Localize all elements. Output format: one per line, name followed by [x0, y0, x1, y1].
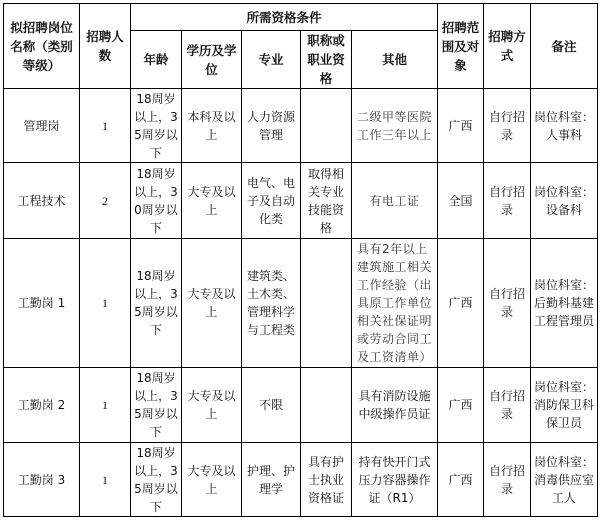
cell-position: 工程技术 — [4, 163, 80, 239]
cell-method: 自行招录 — [484, 163, 531, 239]
header-other: 其他 — [352, 31, 438, 89]
header-method: 招聘方式 — [484, 4, 531, 89]
header-qualifications: 所需资格条件 — [131, 4, 438, 31]
cell-major: 建筑类、土木类、管理科学与工程类 — [242, 239, 301, 368]
cell-title-cert — [301, 89, 352, 163]
cell-method: 自行招录 — [484, 368, 531, 443]
cell-age: 18周岁以上，35周岁以下 — [131, 239, 182, 368]
cell-remarks: 岗位科室：消防保卫科保卫员 — [531, 368, 598, 443]
cell-other: 具有消防设施中级操作员证 — [352, 368, 438, 443]
cell-other: 具有2年以上建筑施工相关工作经验（出具原工作单位相关社保证明或劳动合同工及工资清… — [352, 239, 438, 368]
header-remarks: 备注 — [531, 4, 598, 89]
table-row: 工勤岗 1 1 18周岁以上，35周岁以下 大专及以上 建筑类、土木类、管理科学… — [4, 239, 598, 368]
cell-remarks: 岗位科室：后勤科基建工程管理员 — [531, 239, 598, 368]
cell-other: 持有快开门式压力容器操作证（R1） — [352, 443, 438, 517]
cell-education: 大专及以上 — [182, 368, 242, 443]
header-age: 年龄 — [131, 31, 182, 89]
cell-age: 18周岁以上，35周岁以下 — [131, 443, 182, 517]
cell-position: 管理岗 — [4, 89, 80, 163]
table-row: 工勤岗 2 1 18周岁以上，35周岁以下 大专及以上 不限 具有消防设施中级操… — [4, 368, 598, 443]
cell-other: 有电工证 — [352, 163, 438, 239]
header-count: 招聘人数 — [80, 4, 131, 89]
cell-count: 1 — [80, 368, 131, 443]
header-title-cert: 职称或职业资格 — [301, 31, 352, 89]
cell-scope: 广西 — [438, 368, 484, 443]
header-education: 学历及学位 — [182, 31, 242, 89]
cell-education: 本科及以上 — [182, 89, 242, 163]
cell-age: 18周岁以上，35周岁以下 — [131, 368, 182, 443]
header-position: 拟招聘岗位名称（类别等级） — [4, 4, 80, 89]
cell-major: 人力资源管理 — [242, 89, 301, 163]
cell-major: 电气、电子及自动化类 — [242, 163, 301, 239]
cell-title-cert: 具有护士执业资格证 — [301, 443, 352, 517]
header-major: 专业 — [242, 31, 301, 89]
header-row-top: 拟招聘岗位名称（类别等级） 招聘人数 所需资格条件 招聘范围及对象 招聘方式 备… — [4, 4, 598, 31]
table-row: 管理岗 1 18周岁以上，35周岁以下 本科及以上 人力资源管理 二级甲等医院工… — [4, 89, 598, 163]
cell-count: 2 — [80, 163, 131, 239]
cell-title-cert — [301, 368, 352, 443]
cell-position: 工勤岗 1 — [4, 239, 80, 368]
cell-count: 1 — [80, 239, 131, 368]
cell-major: 护理、护理学 — [242, 443, 301, 517]
cell-major: 不限 — [242, 368, 301, 443]
cell-scope: 广西 — [438, 239, 484, 368]
cell-method: 自行招录 — [484, 89, 531, 163]
table-row: 工勤岗 3 1 18周岁以上，35周岁以下 大专及以上 护理、护理学 具有护士执… — [4, 443, 598, 517]
recruitment-table: 拟招聘岗位名称（类别等级） 招聘人数 所需资格条件 招聘范围及对象 招聘方式 备… — [3, 3, 598, 517]
cell-title-cert — [301, 239, 352, 368]
cell-count: 1 — [80, 443, 131, 517]
cell-remarks: 岗位科室：消毒供应室工人 — [531, 443, 598, 517]
cell-scope: 全国 — [438, 163, 484, 239]
cell-position: 工勤岗 2 — [4, 368, 80, 443]
cell-scope: 广西 — [438, 443, 484, 517]
cell-education: 大专及以上 — [182, 443, 242, 517]
cell-remarks: 岗位科室：人事科 — [531, 89, 598, 163]
cell-other: 二级甲等医院工作三年以上 — [352, 89, 438, 163]
cell-age: 18周岁以上，35周岁以下 — [131, 89, 182, 163]
header-scope: 招聘范围及对象 — [438, 4, 484, 89]
cell-scope: 广西 — [438, 89, 484, 163]
cell-method: 自行招录 — [484, 443, 531, 517]
cell-count: 1 — [80, 89, 131, 163]
cell-education: 大专及以上 — [182, 239, 242, 368]
cell-method: 自行招录 — [484, 239, 531, 368]
cell-position: 工勤岗 3 — [4, 443, 80, 517]
cell-education: 大专及以上 — [182, 163, 242, 239]
cell-age: 18周岁以上，30周岁以下 — [131, 163, 182, 239]
cell-remarks: 岗位科室：设备科 — [531, 163, 598, 239]
table-row: 工程技术 2 18周岁以上，30周岁以下 大专及以上 电气、电子及自动化类 取得… — [4, 163, 598, 239]
cell-title-cert: 取得相关专业技能资格 — [301, 163, 352, 239]
